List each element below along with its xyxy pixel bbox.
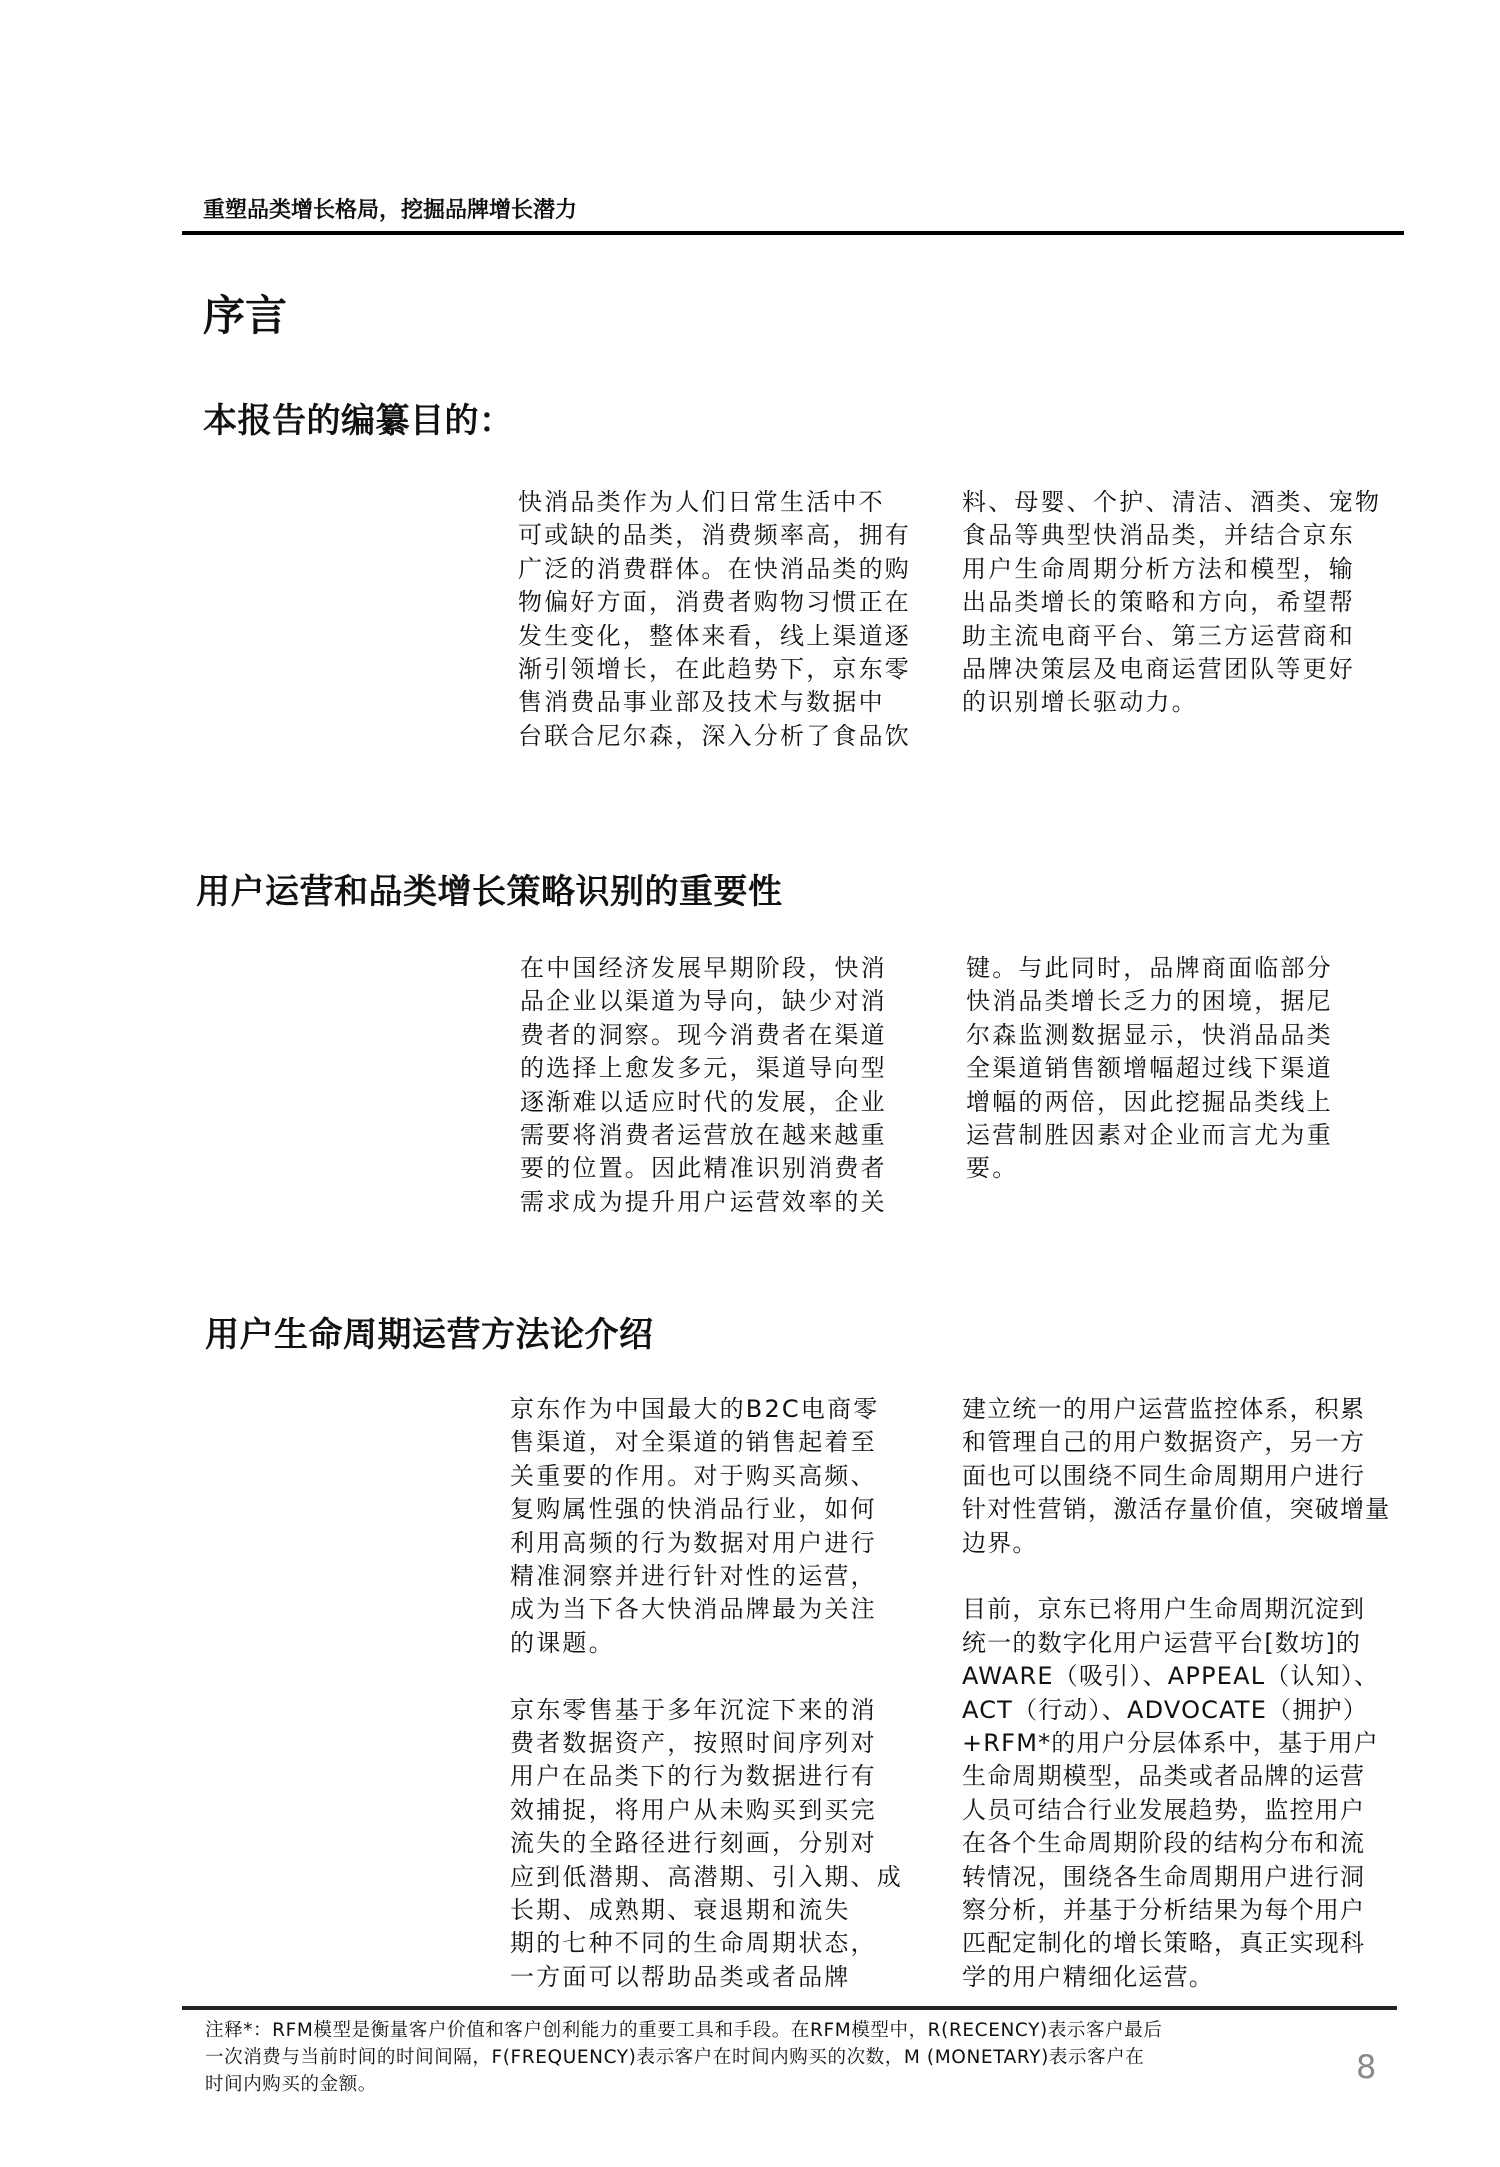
text-line: 利用高频的行为数据对用户进行 [510, 1527, 903, 1560]
text-line: 全渠道销售额增幅超过线下渠道 [966, 1052, 1333, 1085]
text-line: 针对性营销，激活存量价值，突破增量 [962, 1493, 1390, 1526]
text-line: 京东作为中国最大的B2C电商零 [510, 1393, 903, 1426]
footnote-line: 一次消费与当前时间的时间间隔，F(FREQUENCY)表示客户在时间内购买的次数… [205, 2044, 1162, 2071]
paragraph-gap [962, 1560, 1390, 1593]
text-line: 一方面可以帮助品类或者品牌 [510, 1961, 903, 1994]
text-line: +RFM*的用户分层体系中，基于用户 [962, 1727, 1390, 1760]
text-line: 需求成为提升用户运营效率的关 [520, 1186, 887, 1219]
text-line: 在各个生命周期阶段的结构分布和流 [962, 1827, 1390, 1860]
text-line: 要的位置。因此精准识别消费者 [520, 1152, 887, 1185]
section-purpose-right-column: 料、母婴、个护、清洁、酒类、宠物 食品等典型快消品类，并结合京东 用户生命周期分… [962, 486, 1381, 720]
section-methodology-right-column: 建立统一的用户运营监控体系，积累 和管理自己的用户数据资产，另一方 面也可以围绕… [962, 1393, 1390, 1994]
section-importance-right-column: 键。与此同时，品牌商面临部分 快消品类增长乏力的困境，据尼 尔森监测数据显示，快… [966, 952, 1333, 1186]
text-line: 建立统一的用户运营监控体系，积累 [962, 1393, 1390, 1426]
text-line: 边界。 [962, 1527, 1390, 1560]
section-importance-left-column: 在中国经济发展早期阶段，快消 品企业以渠道为导向，缺少对消 费者的洞察。现今消费… [520, 952, 887, 1219]
text-line: 可或缺的品类，消费频率高，拥有 [518, 519, 911, 552]
text-line: 面也可以围绕不同生命周期用户进行 [962, 1460, 1390, 1493]
text-line: 期的七种不同的生命周期状态， [510, 1927, 903, 1960]
text-line: 发生变化，整体来看，线上渠道逐 [518, 620, 911, 653]
text-line: 运营制胜因素对企业而言尤为重 [966, 1119, 1333, 1152]
text-line: 京东零售基于多年沉淀下来的消 [510, 1694, 903, 1727]
text-line: 和管理自己的用户数据资产，另一方 [962, 1426, 1390, 1459]
text-line: 渐引领增长，在此趋势下，京东零 [518, 653, 911, 686]
text-line: 的课题。 [510, 1627, 903, 1660]
text-line: 逐渐难以适应时代的发展，企业 [520, 1086, 887, 1119]
section-heading-purpose: 本报告的编纂目的： [203, 393, 514, 442]
text-line: 快消品类作为人们日常生活中不 [518, 486, 911, 519]
text-line: 用户生命周期分析方法和模型，输 [962, 553, 1381, 586]
page-title: 序言 [203, 283, 287, 343]
section-heading-methodology: 用户生命周期运营方法论介绍 [205, 1307, 654, 1356]
text-line: 料、母婴、个护、清洁、酒类、宠物 [962, 486, 1381, 519]
footer-divider [182, 2006, 1397, 2010]
text-line: 效捕捉，将用户从未购买到买完 [510, 1794, 903, 1827]
text-line: 台联合尼尔森，深入分析了食品饮 [518, 720, 911, 753]
text-line: 键。与此同时，品牌商面临部分 [966, 952, 1333, 985]
text-line: 食品等典型快消品类，并结合京东 [962, 519, 1381, 552]
text-line: 售消费品事业部及技术与数据中 [518, 686, 911, 719]
text-line: 生命周期模型，品类或者品牌的运营 [962, 1760, 1390, 1793]
footnote: 注释*：RFM模型是衡量客户价值和客户创利能力的重要工具和手段。在RFM模型中，… [205, 2017, 1162, 2098]
text-line: 费者数据资产，按照时间序列对 [510, 1727, 903, 1760]
text-line: 助主流电商平台、第三方运营商和 [962, 620, 1381, 653]
text-line: 流失的全路径进行刻画，分别对 [510, 1827, 903, 1860]
text-line: 目前，京东已将用户生命周期沉淀到 [962, 1593, 1390, 1626]
section-purpose-left-column: 快消品类作为人们日常生活中不 可或缺的品类，消费频率高，拥有 广泛的消费群体。在… [518, 486, 911, 753]
text-line: 快消品类增长乏力的困境，据尼 [966, 985, 1333, 1018]
text-line: 成为当下各大快消品牌最为关注 [510, 1593, 903, 1626]
text-line: 精准洞察并进行针对性的运营， [510, 1560, 903, 1593]
footnote-line: 时间内购买的金额。 [205, 2071, 1162, 2098]
text-line: 长期、成熟期、衰退期和流失 [510, 1894, 903, 1927]
text-line: 关重要的作用。对于购买高频、 [510, 1460, 903, 1493]
page-number: 8 [1356, 2048, 1376, 2086]
text-line: 广泛的消费群体。在快消品类的购 [518, 553, 911, 586]
text-line: AWARE（吸引）、APPEAL（认知）、 [962, 1660, 1390, 1693]
text-line: 人员可结合行业发展趋势，监控用户 [962, 1794, 1390, 1827]
text-line: 用户在品类下的行为数据进行有 [510, 1760, 903, 1793]
running-header-title: 重塑品类增长格局，挖掘品牌增长潜力 [203, 193, 577, 224]
text-line: 的识别增长驱动力。 [962, 686, 1381, 719]
text-line: 学的用户精细化运营。 [962, 1961, 1390, 1994]
text-line: 统一的数字化用户运营平台[数坊]的 [962, 1627, 1390, 1660]
text-line: 品企业以渠道为导向，缺少对消 [520, 985, 887, 1018]
text-line: 费者的洞察。现今消费者在渠道 [520, 1019, 887, 1052]
paragraph-gap [510, 1660, 903, 1693]
text-line: 复购属性强的快消品行业，如何 [510, 1493, 903, 1526]
section-methodology-left-column: 京东作为中国最大的B2C电商零 售渠道，对全渠道的销售起着至 关重要的作用。对于… [510, 1393, 903, 1994]
text-line: ACT（行动）、ADVOCATE（拥护） [962, 1694, 1390, 1727]
text-line: 物偏好方面，消费者购物习惯正在 [518, 586, 911, 619]
text-line: 应到低潜期、高潜期、引入期、成 [510, 1861, 903, 1894]
text-line: 增幅的两倍，因此挖掘品类线上 [966, 1086, 1333, 1119]
text-line: 匹配定制化的增长策略，真正实现科 [962, 1927, 1390, 1960]
section-heading-importance: 用户运营和品类增长策略识别的重要性 [196, 864, 783, 913]
footnote-line: 注释*：RFM模型是衡量客户价值和客户创利能力的重要工具和手段。在RFM模型中，… [205, 2017, 1162, 2044]
text-line: 转情况，围绕各生命周期用户进行洞 [962, 1861, 1390, 1894]
text-line: 需要将消费者运营放在越来越重 [520, 1119, 887, 1152]
text-line: 察分析，并基于分析结果为每个用户 [962, 1894, 1390, 1927]
text-line: 品牌决策层及电商运营团队等更好 [962, 653, 1381, 686]
text-line: 在中国经济发展早期阶段，快消 [520, 952, 887, 985]
text-line: 的选择上愈发多元，渠道导向型 [520, 1052, 887, 1085]
text-line: 要。 [966, 1152, 1333, 1185]
header-divider [182, 231, 1404, 235]
text-line: 出品类增长的策略和方向，希望帮 [962, 586, 1381, 619]
text-line: 尔森监测数据显示，快消品品类 [966, 1019, 1333, 1052]
text-line: 售渠道，对全渠道的销售起着至 [510, 1426, 903, 1459]
